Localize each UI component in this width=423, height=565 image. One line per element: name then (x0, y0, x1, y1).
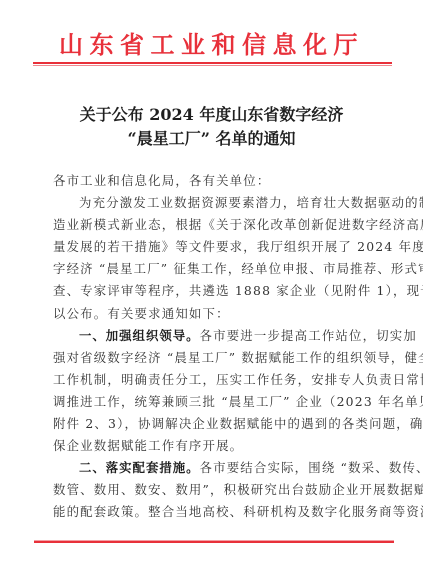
document-title: 关于公布 2024 年度山东省数字经济 “晨星工厂” 名单的通知 (0, 103, 423, 151)
section-1-line: 强对省级数字经济 “晨星工厂” 数据赋能工作的组织领导，健全 (53, 347, 373, 369)
title-line-1: 关于公布 2024 年度山东省数字经济 (0, 103, 423, 127)
section-2-first-line: 二、落实配套措施。各市要结合实际，围绕 “数采、数传、 (53, 457, 373, 479)
paragraph-1-line: 以公布。有关要求通知如下： (53, 303, 373, 325)
section-1-line: 附件 2、3），协调解决企业数据赋能中的遇到的各类问题，确 (53, 413, 373, 435)
letterhead-org-name: 山东省工业和信息化厅 (0, 31, 423, 59)
red-rule-thick (34, 541, 394, 543)
footer-red-rule (34, 540, 394, 543)
section-2-text: 各市要结合实际，围绕 “数采、数传、 (200, 460, 423, 475)
paragraph-1-line: 字经济 “晨星工厂” 征集工作，经单位申报、市局推荐、形式审 (53, 258, 373, 280)
section-2-line: 数管、数用、数安、数用”，积极研究出台鼓励企业开展数据赋 (53, 479, 373, 501)
paragraph-1-line: 查、专家评审等程序，共遴选 1888 家企业（见附件 1），现予 (53, 280, 373, 302)
red-rule-thin (33, 65, 392, 66)
paragraph-1-line: 为充分激发工业数据资源要素潜力，培育壮大数据驱动的制 (53, 192, 373, 214)
section-2-line: 能的配套政策。整合当地高校、科研机构及数字化服务商等资源， (53, 501, 373, 523)
section-1-line: 保企业数据赋能工作有序开展。 (53, 435, 373, 457)
section-1-heading: 一、加强组织领导。 (79, 328, 200, 343)
section-2-heading: 二、落实配套措施。 (79, 460, 200, 475)
document-body: 各市工业和信息化局，各有关单位： 为充分激发工业数据资源要素潜力，培育壮大数据驱… (53, 170, 373, 524)
salutation: 各市工业和信息化局，各有关单位： (53, 170, 373, 192)
section-1-first-line: 一、加强组织领导。各市要进一步提高工作站位，切实加 (53, 325, 373, 347)
title-line-2: “晨星工厂” 名单的通知 (0, 127, 423, 151)
letterhead-red-rule (33, 62, 392, 66)
section-1-text: 各市要进一步提高工作站位，切实加 (200, 328, 417, 343)
section-1-line: 调推进工作，统筹兼顾三批 “晨星工厂” 企业（2023 年名单见 (53, 391, 373, 413)
section-1-line: 工作机制，明确责任分工，压实工作任务，安排专人负责日常协 (53, 369, 373, 391)
paragraph-1-line: 量发展的若干措施》等文件要求，我厅组织开展了 2024 年度数 (53, 236, 373, 258)
paragraph-1-line: 造业新模式新业态，根据《关于深化改革创新促进数字经济高质 (53, 214, 373, 236)
